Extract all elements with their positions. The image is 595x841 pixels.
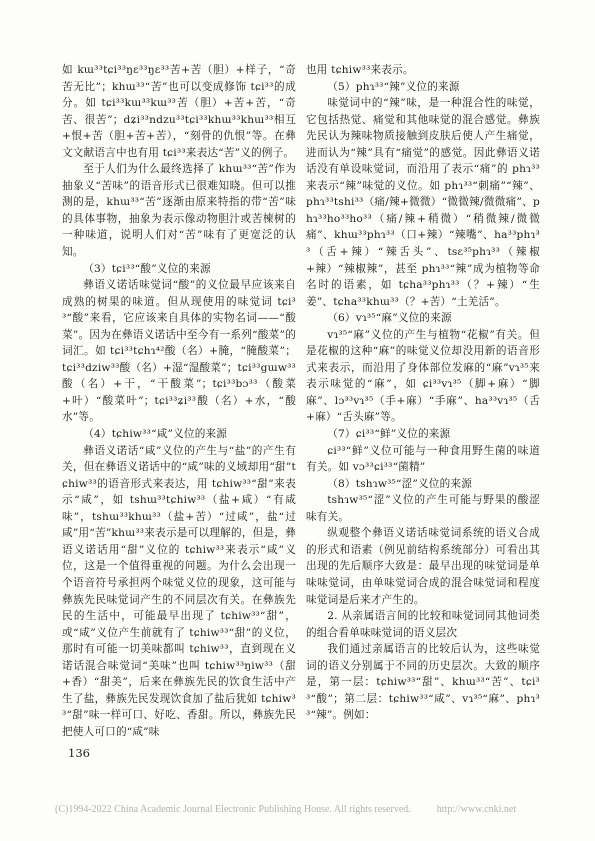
paragraph: vɿ³⁵“麻”义位的产生与植物“花椒”有关。但是花椒的这种“麻”的味觉义位却没用…	[306, 327, 540, 426]
page-body: 如 kɯ³³tɕi³³ŋɛ³³ŋɛ³³苦+苦（胆）+样子，“奇苦无比”；khɯ³…	[62, 62, 540, 740]
right-column: 也用 tɕhiw³³来表示。（5）phɿ³³“辣”义位的来源味觉词中的“辣”味，…	[306, 62, 540, 740]
paragraph: （8）tshɿw³⁵“涩”义位的来源	[306, 476, 540, 493]
paragraph: 彝语义诺话味觉词“酸”的义位最早应该来自成熟的树果的味道。但从现使用的味觉词 t…	[62, 277, 296, 426]
footer-url: http://www.cnki.net	[437, 804, 516, 815]
paragraph: tshɿw³⁵“涩”义位的产生可能与野果的酸涩味有关。	[306, 492, 540, 525]
paragraph: （7）ɕi³³“鲜”义位的来源	[306, 426, 540, 443]
paragraph: 彝语义诺话“咸”义位的产生与“盐”的产生有关，但在彝语义诺话中的“咸”味的义域却…	[62, 443, 296, 741]
paragraph: （6）vɿ³⁵“麻”义位的来源	[306, 310, 540, 327]
paragraph: 我们通过亲属语言的比较后认为，这些味觉词的语义分别属于不同的历史层次。大致的顺序…	[306, 641, 540, 724]
paragraph: 纵观整个彝语义诺话味觉词系统的语义合成的形式和语素（例见前结构系统部分）可看出其…	[306, 525, 540, 608]
paragraph: （4）tɕhiw³³“咸”义位的来源	[62, 426, 296, 443]
paragraph: 2. 从亲属语言间的比较和味觉词同其他词类的组合看单味味觉词的语义层次	[306, 608, 540, 641]
document-page: 如 kɯ³³tɕi³³ŋɛ³³ŋɛ³³苦+苦（胆）+样子，“奇苦无比”；khɯ³…	[0, 0, 595, 841]
copyright-text: (C)1994-2022 China Academic Journal Elec…	[55, 804, 411, 815]
paragraph: ɕi³³“鲜”义位可能与一种食用野生菌的味道有关。如 vɔ³³ɕi³³“菌精”	[306, 443, 540, 476]
page-number: 136	[68, 746, 90, 760]
footer-copyright: (C)1994-2022 China Academic Journal Elec…	[55, 804, 555, 815]
left-column: 如 kɯ³³tɕi³³ŋɛ³³ŋɛ³³苦+苦（胆）+样子，“奇苦无比”；khɯ³…	[62, 62, 296, 740]
paragraph: （3）tɕi³³“酸”义位的来源	[62, 261, 296, 278]
paragraph: 如 kɯ³³tɕi³³ŋɛ³³ŋɛ³³苦+苦（胆）+样子，“奇苦无比”；khɯ³…	[62, 62, 296, 161]
paragraph: 味觉词中的“辣”味，是一种混合性的味觉，它包括热觉、痛觉和其他味觉的混合感觉。彝…	[306, 95, 540, 310]
paragraph: （5）phɿ³³“辣”义位的来源	[306, 79, 540, 96]
paragraph: 至于人们为什么最终选择了 khɯ³³“苦”作为抽象义“苦味”的语音形式已很难知晓…	[62, 161, 296, 260]
paragraph: 也用 tɕhiw³³来表示。	[306, 62, 540, 79]
